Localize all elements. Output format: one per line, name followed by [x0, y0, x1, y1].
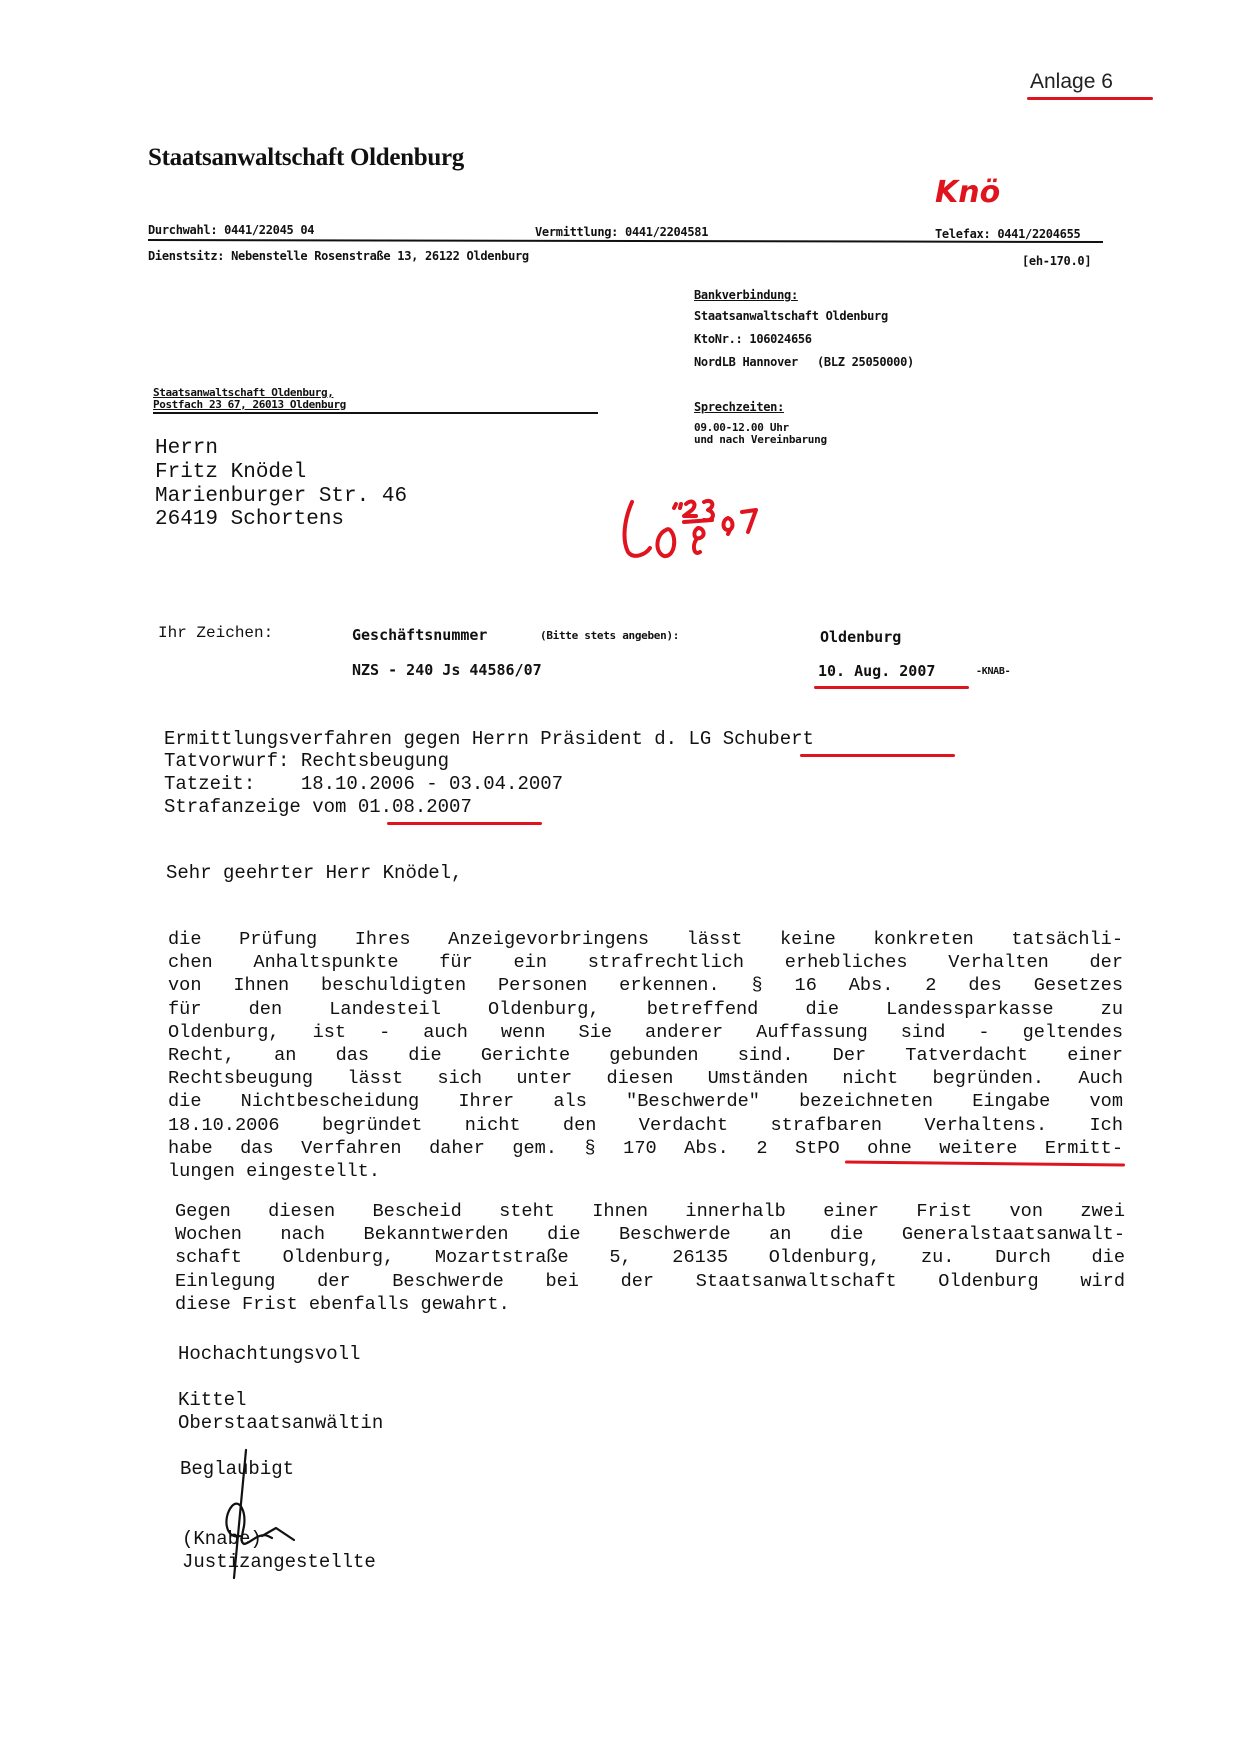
bank-holder: Staatsanwaltschaft Oldenburg [694, 309, 888, 323]
paragraph-line: Wochen nach Bekanntwerden die Beschwerde… [175, 1223, 1125, 1246]
direct-dial: Durchwahl: 0441/22045 04 [148, 223, 314, 237]
signer-title: Oberstaatsanwältin [178, 1412, 383, 1435]
paragraph-line: 18.10.2006 begründet nicht den Verdacht … [168, 1114, 1123, 1137]
annex-red-underline [1027, 97, 1153, 100]
paragraph-line: chen Anhaltspunkte für ein strafrechtlic… [168, 951, 1123, 974]
case-number: NZS - 240 Js 44586/07 [352, 661, 542, 679]
recipient-street: Marienburger Str. 46 [155, 485, 407, 508]
recipient-city: 26419 Schortens [155, 508, 344, 531]
handwritten-initials: Knö [935, 175, 1000, 210]
return-address-line2: Postfach 23 67, 26013 Oldenburg [153, 399, 346, 411]
authority-name: Staatsanwaltschaft Oldenburg [148, 144, 464, 172]
place: Oldenburg [820, 628, 901, 646]
closing: Hochachtungsvoll [178, 1343, 360, 1366]
paragraph-line: für den Landesteil Oldenburg, betreffend… [168, 998, 1123, 1021]
recipient-name: Fritz Knödel [155, 461, 306, 484]
subject-line1: Ermittlungsverfahren gegen Herrn Präside… [164, 728, 814, 751]
subject-red-underline [800, 754, 955, 757]
recipient-salutation: Herrn [155, 437, 218, 460]
handwritten-received-note [620, 490, 820, 570]
form-code: [eh-170.0] [1022, 254, 1091, 268]
case-number-hint: (Bitte stets angeben): [540, 629, 679, 642]
bank-name: NordLB Hannover [694, 355, 798, 369]
letter-date: 10. Aug. 2007 [818, 662, 935, 680]
signer-name: Kittel [178, 1389, 246, 1412]
case-number-label: Geschäftsnummer [352, 626, 487, 644]
return-address-rule [153, 412, 598, 414]
subject-line4: Strafanzeige vom 01.08.2007 [164, 796, 472, 819]
paragraph-line: Oldenburg, ist - auch wenn Sie anderer A… [168, 1021, 1123, 1044]
paragraph-appeal: Gegen diesen Bescheid steht Ihnen innerh… [175, 1200, 1125, 1316]
date-red-underline [814, 686, 969, 689]
your-ref-label: Ihr Zeichen: [158, 624, 273, 642]
paragraph-line: Einlegung der Beschwerde bei der Staatsa… [175, 1270, 1125, 1293]
paragraph-line: Recht, an das die Gerichte gebunden sind… [168, 1044, 1123, 1067]
paragraph-line: die Prüfung Ihres Anzeigevorbringens läs… [168, 928, 1123, 951]
paragraph-line: habe das Verfahren daher gem. § 170 Abs.… [168, 1137, 1123, 1160]
switchboard: Vermittlung: 0441/2204581 [535, 225, 708, 239]
bank-heading: Bankverbindung: [694, 288, 798, 302]
paragraph-line: Rechtsbeugung lässt sich unter diesen Um… [168, 1067, 1123, 1090]
annex-label: Anlage 6 [1030, 70, 1113, 94]
greeting: Sehr geehrter Herr Knödel, [166, 862, 462, 885]
hours-line2: und nach Vereinbarung [694, 433, 827, 446]
paragraph-line: schaft Oldenburg, Mozartstraße 5, 26135 … [175, 1246, 1125, 1269]
office-address: Dienstsitz: Nebenstelle Rosenstraße 13, … [148, 249, 529, 263]
complaint-date-red-underline [387, 822, 542, 825]
subject-line2: Tatvorwurf: Rechtsbeugung [164, 750, 449, 773]
paragraph-line: Gegen diesen Bescheid steht Ihnen innerh… [175, 1200, 1125, 1223]
paragraph-line: die Nichtbescheidung Ihrer als "Beschwer… [168, 1090, 1123, 1113]
subject-line3: Tatzeit: 18.10.2006 - 03.04.2007 [164, 773, 563, 796]
bank-blz: (BLZ 25050000) [817, 355, 914, 369]
fax: Telefax: 0441/2204655 [935, 227, 1080, 241]
clerk-code: -KNAB- [976, 666, 1010, 677]
paragraph-line: von Ihnen beschuldigten Personen erkenne… [168, 974, 1123, 997]
paragraph-line: diese Frist ebenfalls gewahrt. [175, 1293, 1125, 1316]
hours-heading: Sprechzeiten: [694, 400, 784, 414]
signature-icon [210, 1440, 310, 1580]
paragraph-decision: die Prüfung Ihres Anzeigevorbringens läs… [168, 928, 1123, 1183]
bank-account: KtoNr.: 106024656 [694, 332, 812, 346]
